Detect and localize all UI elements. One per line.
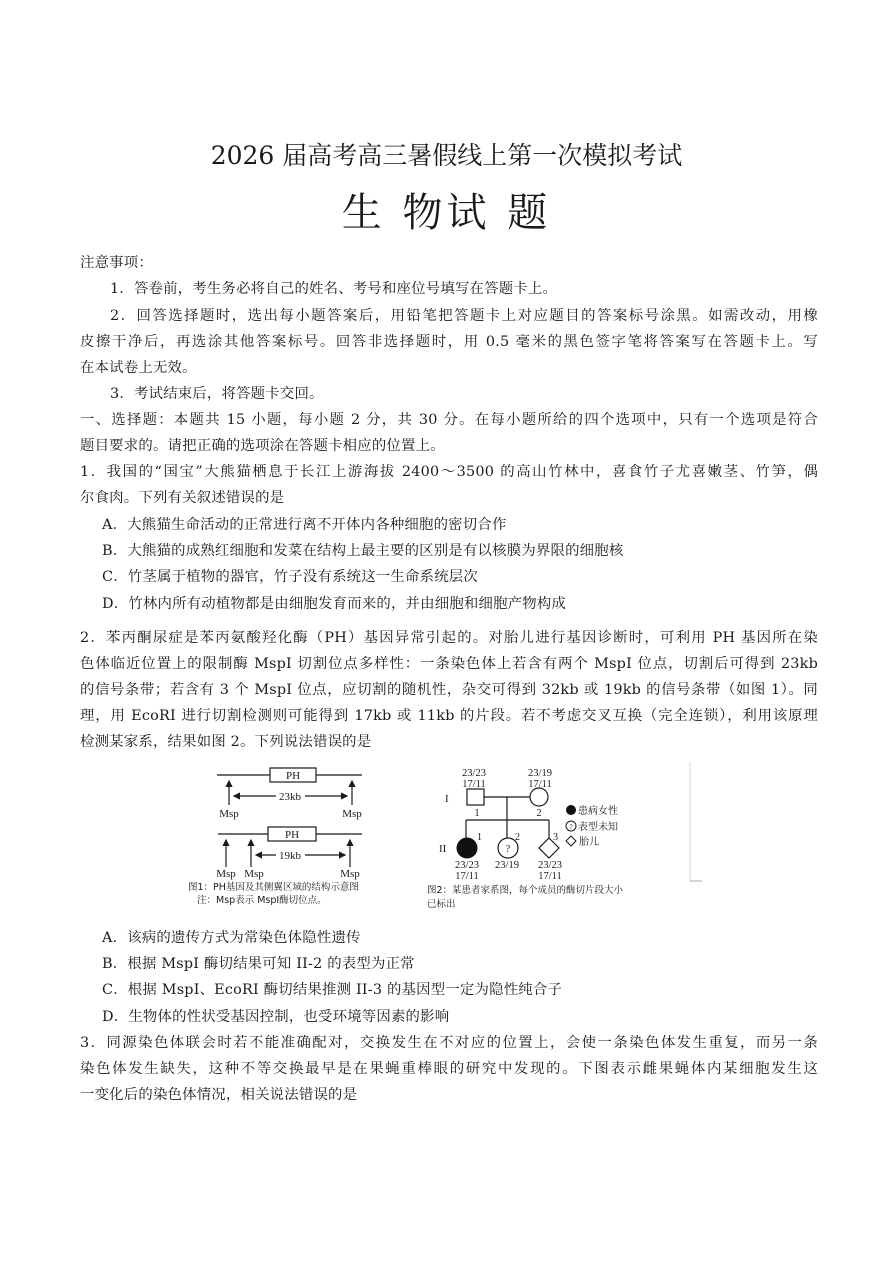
notice-item-2-end: 在本试卷上无效。 [80,358,197,378]
figure-2-pedigree: I II 23/23 17/11 1 23/19 17/11 2 1 23/23… [420,755,710,925]
figure-1-note: 注：Msp表示 MspI酶切位点。 [197,894,327,906]
q1-option-b: B．大熊猫的成熟红细胞和发菜在结构上最主要的区别是有以核膜为界限的细胞核 [102,541,623,561]
i2-number: 2 [536,808,541,819]
msp-site: Msp [219,808,239,820]
ii1-number: 1 [477,832,482,843]
ii3-number: 3 [553,832,558,843]
female-circle-icon [530,788,548,806]
ph-label-bottom: PH [285,829,299,841]
affected-female-icon [457,838,477,858]
q1-option-d: D．竹林内所有动植物都是由细胞发育而来的，并由细胞和细胞产物构成 [102,594,566,614]
legend-affected-label: 患病女性 [578,804,618,817]
figure-2-caption: 图2：某患者家系图，每个成员的酶切片段大小 [427,884,624,896]
exam-title: 2026 届高考高三暑假线上第一次模拟考试 [0,140,893,172]
generation-ii-label: II [439,843,447,855]
ii1-msp: 23/23 [455,860,479,871]
q2-stem-1: 2．苯丙酮尿症是苯丙氨酸羟化酶（PH）基因异常引起的。对胎儿进行基因诊断时，可利… [80,628,818,648]
q1-stem-cont: 尔食肉。下列有关叙述错误的是 [80,488,284,508]
ii1-ecori: 17/11 [455,871,479,882]
q2-option-a: A．该病的遗传方式为常染色体隐性遗传 [102,928,361,948]
i1-ecori: 17/11 [462,779,486,790]
ph-label-top: PH [286,770,300,782]
notice-heading: 注意事项： [80,253,153,273]
legend-fetus-label: 胎儿 [579,835,599,848]
legend-unknown-label: 表型未知 [578,820,618,833]
ii2-msp: 23/19 [495,860,519,871]
q2-stem-4: 理，用 EcoRI 进行切割检测则可能得到 17kb 或 11kb 的片段。若不… [80,706,818,726]
section-heading: 一、选择题：本题共 15 小题，每小题 2 分，共 30 分。在每小题所给的四个… [80,410,818,430]
q2-option-c: C．根据 MspI、EcoRI 酶切结果推测 II-3 的基因型一定为隐性纯合子 [102,980,562,1000]
q2-stem-5: 检测某家系，结果如图 2。下列说法错误的是 [80,732,371,752]
subject-title: 生 物试 题 [0,188,893,238]
notice-item-2: 2．回答选择题时，选出每小题答案后，用铅笔把答题卡上对应题目的答案标号涂黑。如需… [110,306,818,326]
legend-affected-icon [566,805,576,815]
msp-site: Msp [342,808,362,820]
i2-msp: 23/19 [528,768,552,779]
svg-text:?: ? [506,844,511,855]
i1-msp: 23/23 [462,768,486,779]
q1-option-c: C．竹茎属于植物的器官，竹子没有系统这一生命系统层次 [102,567,478,587]
male-square-icon [467,789,484,805]
notice-item-2-cont: 皮擦干净后，再选涂其他答案标号。回答非选择题时，用 0.5 毫米的黑色签字笔将答… [80,332,818,352]
q1-option-a: A．大熊猫生命活动的正常进行离不开体内各种细胞的密切合作 [102,515,507,535]
q2-stem-2: 色体临近位置上的限制酶 MspI 切割位点多样性：一条染色体上若含有两个 Msp… [80,654,818,674]
q2-option-d: D．生物体的性状受基因控制，也受环境等因素的影响 [102,1007,449,1027]
ii2-number: 2 [515,832,520,843]
section-heading-cont: 题目要求的。请把正确的选项涂在答题卡相应的位置上。 [80,436,445,456]
legend-unknown-icon: ? [569,823,572,831]
ii3-ecori: 17/11 [538,871,562,882]
q2-stem-3: 的信号条带；若含有 3 个 MspI 位点，应切割的随机性，杂交可得到 32kb… [80,680,818,700]
dist-23kb: 23kb [279,791,302,803]
q1-stem: 1．我国的“国宝”大熊猫栖息于长江上游海拔 2400～3500 的高山竹林中，喜… [80,462,818,482]
dist-19kb: 19kb [279,850,302,862]
generation-i-label: I [445,793,449,805]
legend-fetus-icon [566,836,576,846]
figure-2-caption-cont: 已标出 [427,898,456,910]
i1-number: 1 [474,808,479,819]
msp-site: Msp [216,868,236,880]
q3-stem-3: 一变化后的染色体情况，相关说法错误的是 [80,1085,357,1105]
q3-stem-2: 染色体发生缺失，这种不等交换最早是在果蝇重棒眼的研究中发现的。下图表示雌果蝇体内… [80,1059,818,1079]
figure-1-caption: 图1：PH基因及其侧翼区域的结构示意图 [188,881,359,893]
q2-option-b: B．根据 MspI 酶切结果可知 II-2 的表型为正常 [102,954,415,974]
msp-site: Msp [340,868,360,880]
q3-stem-1: 3．同源染色体联会时若不能准确配对，交换发生在不对应的位置上，会使一条染色体发生… [80,1033,818,1053]
figure-1-ph-gene-diagram: PH 23kb Msp Msp PH 19kb Msp Msp Msp 图1：P… [180,760,430,920]
ii3-msp: 23/23 [538,860,562,871]
notice-item-3: 3．考试结束后，将答题卡交回。 [110,384,324,404]
msp-site: Msp [244,868,264,880]
notice-item-1: 1．答卷前，考生务必将自己的姓名、考号和座位号填写在答题卡上。 [110,279,557,299]
